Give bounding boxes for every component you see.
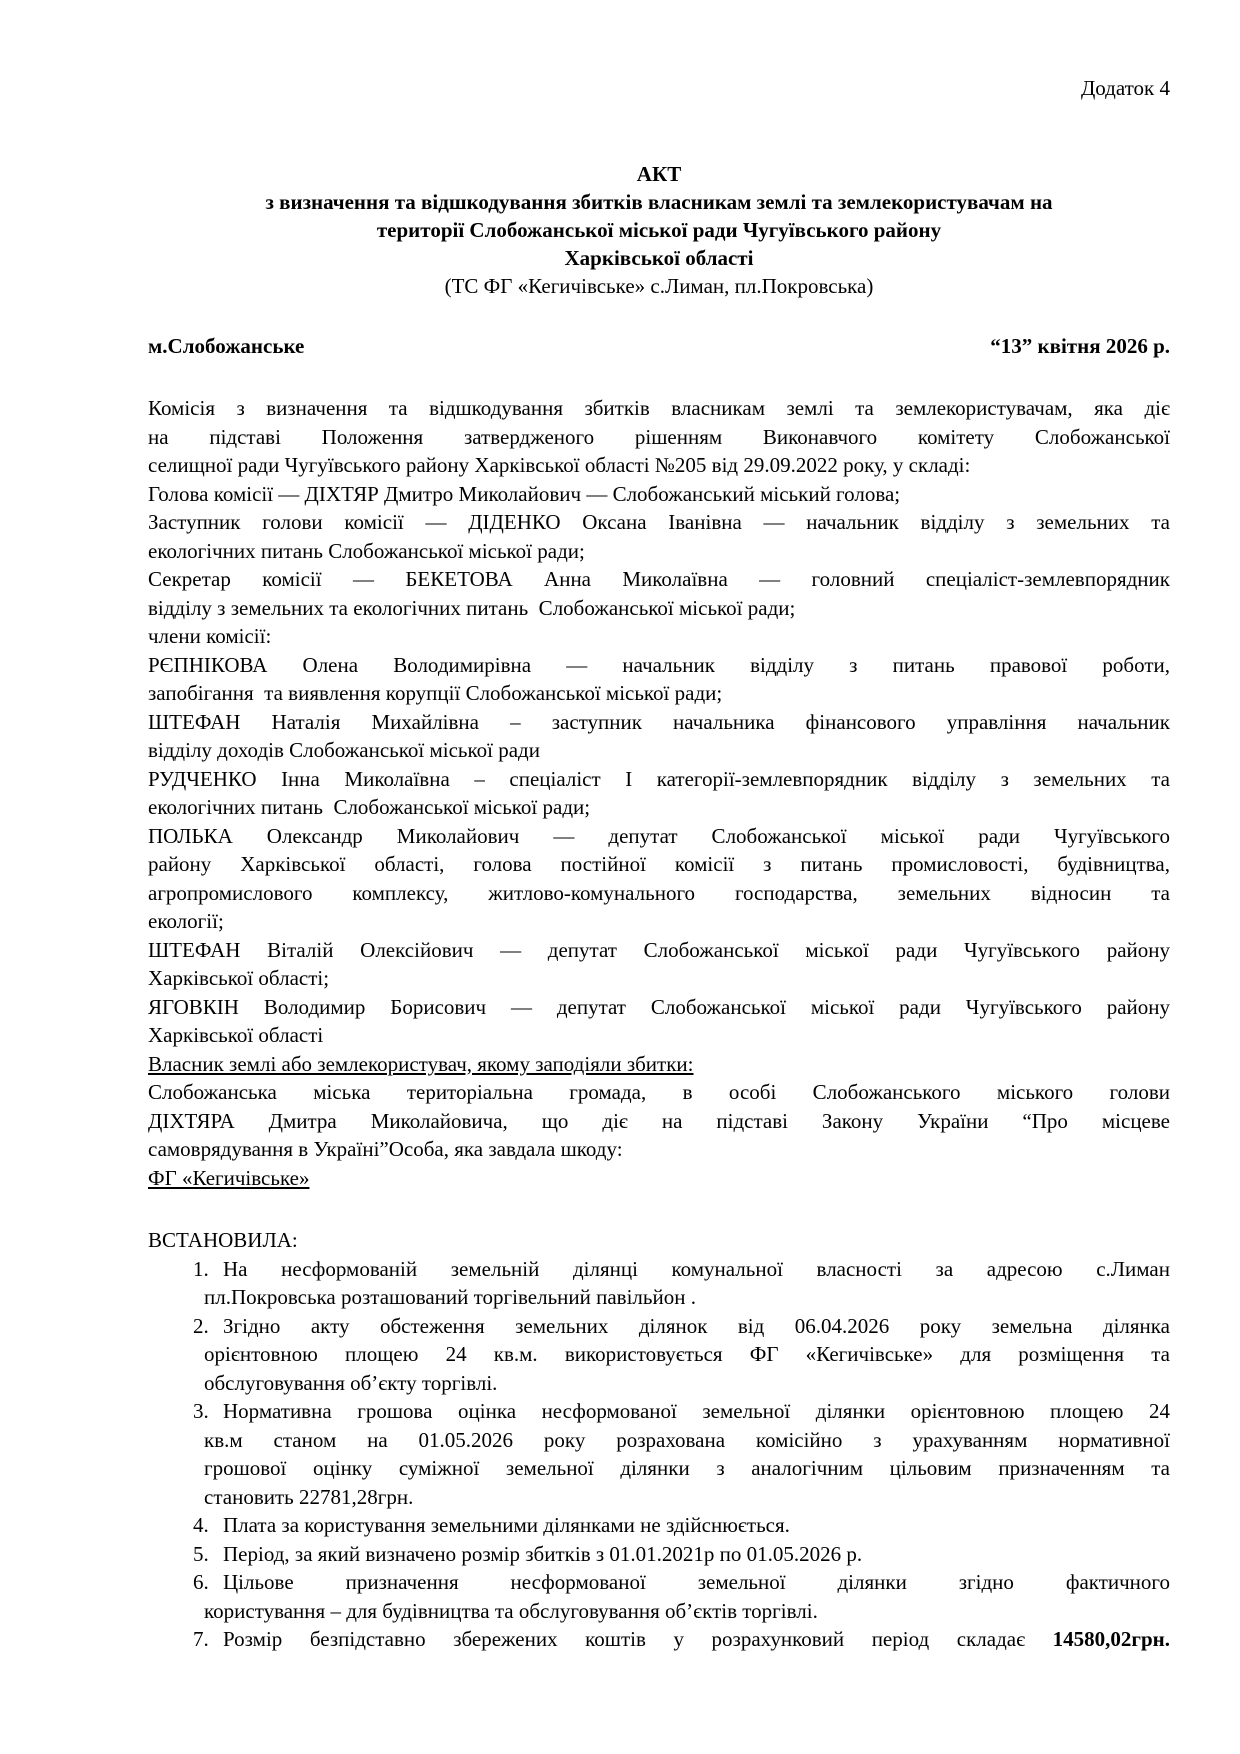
established-heading: ВСТАНОВИЛА:	[148, 1226, 1170, 1255]
text-line: Власник землі або землекористувач, якому…	[148, 1050, 1170, 1079]
text-line: члени комісії:	[148, 622, 1170, 651]
paragraph-member-polka: ПОЛЬКА Олександр Миколайович — депутат С…	[148, 822, 1170, 936]
paragraph-damager: ФГ «Кегичівське»	[148, 1164, 1170, 1193]
text-line: Голова комісії — ДІХТЯР Дмитро Миколайов…	[148, 480, 1170, 509]
list-item: 5. Період, за який визначено розмір збит…	[148, 1540, 1170, 1569]
text-line: ФГ «Кегичівське»	[148, 1164, 1170, 1193]
paragraph-member-shtefan-v: ШТЕФАН Віталій Олексійович — депутат Сло…	[148, 936, 1170, 993]
text-line: На несформованій земельній ділянці комун…	[204, 1255, 1170, 1284]
text-line: обслуговування об’єкту торгівлі.	[204, 1369, 1170, 1398]
annex-note: Додаток 4	[1081, 76, 1170, 101]
document-body: Комісія з визначення та відшкодування зб…	[148, 394, 1170, 1192]
text-line: Період, за який визначено розмір збитків…	[204, 1540, 1170, 1569]
title-line: території Слобожанської міської ради Чуг…	[148, 216, 1170, 244]
text-line: селищної ради Чугуївського району Харків…	[148, 451, 1170, 480]
item-number: 6.	[193, 1568, 209, 1597]
text-line: запобігання та виявлення корупції Слобож…	[148, 679, 1170, 708]
title-line: АКТ	[148, 160, 1170, 188]
damages-amount: 14580,02грн.	[1053, 1627, 1170, 1651]
text-line: Згідно акту обстеження земельних ділянок…	[204, 1312, 1170, 1341]
text-line: району Харківської області, голова пості…	[148, 850, 1170, 879]
paragraph-member-shtefan-n: ШТЕФАН Наталія Михайлівна – заступник на…	[148, 708, 1170, 765]
text-line: РЄПНІКОВА Олена Володимирівна — начальни…	[148, 651, 1170, 680]
text-line: пл.Покровська розташований торгівельний …	[204, 1283, 1170, 1312]
paragraph-member-yagovkin: ЯГОВКІН Володимир Борисович — депутат Сл…	[148, 993, 1170, 1050]
text-line: грошової оцінку суміжної земельної ділян…	[204, 1454, 1170, 1483]
list-item: 6. Цільове призначення несформованої зем…	[148, 1568, 1170, 1625]
title-line: з визначення та відшкодування збитків вл…	[148, 188, 1170, 216]
text-line: Комісія з визначення та відшкодування зб…	[148, 394, 1170, 423]
text-line: екологічних питань Слобожанської міської…	[148, 793, 1170, 822]
text-line: Заступник голови комісії — ДІДЕНКО Оксан…	[148, 508, 1170, 537]
place-date-row: м.Слобожанське “13” квітня 2026 р.	[148, 334, 1170, 358]
established-section: ВСТАНОВИЛА: 1. На несформованій земельні…	[148, 1226, 1170, 1654]
text-line: ПОЛЬКА Олександр Миколайович — депутат С…	[148, 822, 1170, 851]
paragraph-head: Голова комісії — ДІХТЯР Дмитро Миколайов…	[148, 480, 1170, 509]
text-line: екології;	[148, 907, 1170, 936]
text-line: користування – для будівництва та обслуг…	[204, 1597, 1170, 1626]
text-line: відділу з земельних та екологічних питан…	[148, 594, 1170, 623]
text-line: Харківської області;	[148, 964, 1170, 993]
paragraph-members-label: члени комісії:	[148, 622, 1170, 651]
text-line: кв.м станом на 01.05.2026 року розрахова…	[204, 1426, 1170, 1455]
text-line: самоврядування в Україні”Особа, яка завд…	[148, 1135, 1170, 1164]
paragraph-secretary: Секретар комісії — БЕКЕТОВА Анна Миколаї…	[148, 565, 1170, 622]
document-page: Додаток 4 АКТ з визначення та відшкодува…	[0, 0, 1240, 1754]
list-item: 4. Плата за користування земельними діля…	[148, 1511, 1170, 1540]
document-content: АКТ з визначення та відшкодування збиткі…	[148, 160, 1170, 1654]
item-number: 7.	[193, 1625, 209, 1654]
text-line: агропромислового комплексу, житлово-кому…	[148, 879, 1170, 908]
paragraph-member-rudchenko: РУДЧЕНКО Інна Миколаївна – спеціаліст І …	[148, 765, 1170, 822]
paragraph-owner-heading: Власник землі або землекористувач, якому…	[148, 1050, 1170, 1079]
text-line: Нормативна грошова оцінка несформованої …	[204, 1397, 1170, 1426]
text-line: Плата за користування земельними ділянка…	[204, 1511, 1170, 1540]
paragraph-deputy-head: Заступник голови комісії — ДІДЕНКО Оксан…	[148, 508, 1170, 565]
list-item: 3. Нормативна грошова оцінка несформован…	[148, 1397, 1170, 1511]
text-line: РУДЧЕНКО Інна Миколаївна – спеціаліст І …	[148, 765, 1170, 794]
text-line: Харківської області	[148, 1021, 1170, 1050]
date-label: “13” квітня 2026 р.	[990, 334, 1170, 358]
paragraph-owner-details: Слобожанська міська територіальна громад…	[148, 1078, 1170, 1164]
text-line: Слобожанська міська територіальна громад…	[148, 1078, 1170, 1107]
list-item: 1. На несформованій земельній ділянці ко…	[148, 1255, 1170, 1312]
title-line: Харківської області	[148, 244, 1170, 272]
title-subline: (ТС ФГ «Кегичівське» с.Лиман, пл.Покровс…	[148, 272, 1170, 300]
text-line: відділу доходів Слобожанської міської ра…	[148, 736, 1170, 765]
text-line: становить 22781,28грн.	[204, 1483, 1170, 1512]
item-number: 3.	[193, 1397, 209, 1426]
list-item: 7. Розмір безпідставно збережених коштів…	[148, 1625, 1170, 1654]
text-line: орієнтовною площею 24 кв.м. використовує…	[204, 1340, 1170, 1369]
item-number: 1.	[193, 1255, 209, 1284]
text-line: ШТЕФАН Наталія Михайлівна – заступник на…	[148, 708, 1170, 737]
text-line: ДІХТЯРА Дмитра Миколайовича, що діє на п…	[148, 1107, 1170, 1136]
text-line: Цільове призначення несформованої земель…	[204, 1568, 1170, 1597]
text-line: ШТЕФАН Віталій Олексійович — депутат Сло…	[148, 936, 1170, 965]
text-line: на підставі Положення затвердженого ріше…	[148, 423, 1170, 452]
paragraph-commission-intro: Комісія з визначення та відшкодування зб…	[148, 394, 1170, 480]
item-number: 2.	[193, 1312, 209, 1341]
item-number: 4.	[193, 1511, 209, 1540]
place-label: м.Слобожанське	[148, 334, 304, 358]
text-line: Розмір безпідставно збережених коштів у …	[204, 1625, 1170, 1654]
list-item: 2. Згідно акту обстеження земельних діля…	[148, 1312, 1170, 1398]
text-line: ЯГОВКІН Володимир Борисович — депутат Сл…	[148, 993, 1170, 1022]
paragraph-member-repnikova: РЄПНІКОВА Олена Володимирівна — начальни…	[148, 651, 1170, 708]
text-line: екологічних питань Слобожанської міської…	[148, 537, 1170, 566]
document-title: АКТ з визначення та відшкодування збиткі…	[148, 160, 1170, 300]
item-text: Розмір безпідставно збережених коштів у …	[223, 1627, 1053, 1651]
item-number: 5.	[193, 1540, 209, 1569]
text-line: Секретар комісії — БЕКЕТОВА Анна Миколаї…	[148, 565, 1170, 594]
